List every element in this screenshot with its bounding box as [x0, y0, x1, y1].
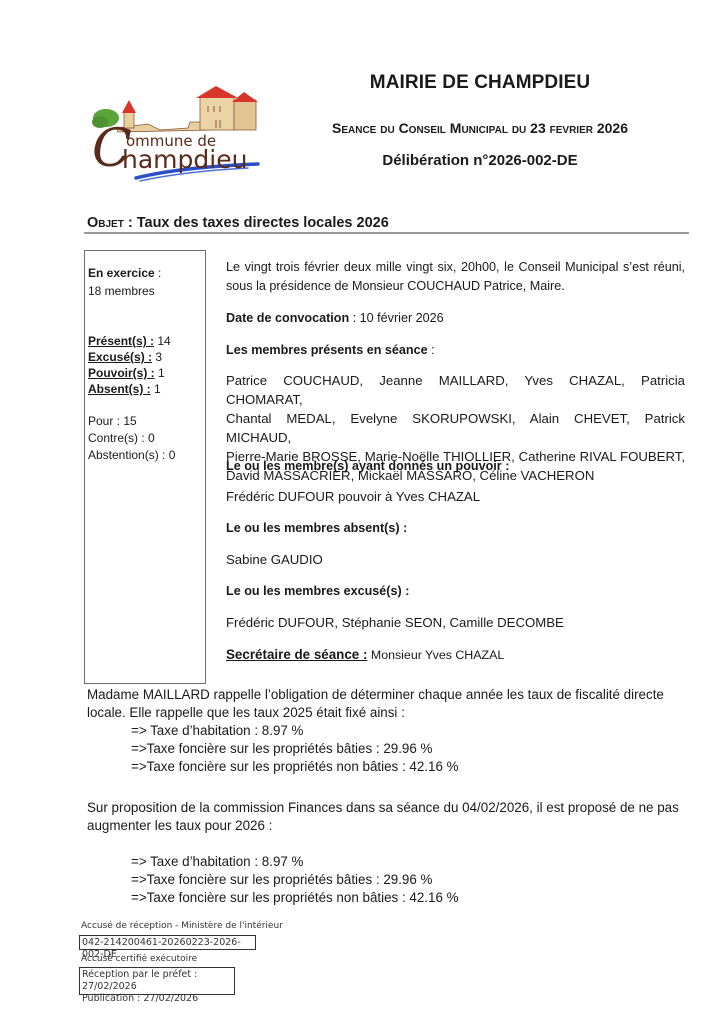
excuses-label: Excusé(s) :	[88, 350, 152, 364]
absents-heading: Le ou les membres absent(s) :	[226, 519, 685, 538]
presents-value: 14	[154, 334, 171, 348]
presents-line: Chantal MEDAL, Evelyne SKORUPOWSKI, Alai…	[226, 409, 685, 447]
pouvoir-value: Frédéric DUFOUR pouvoir à Yves CHAZAL	[226, 487, 685, 506]
village-skyline-icon: C ommune de hampdieu	[88, 78, 268, 186]
accuse-reception-id: 042-214200461-20260223-2026-002-DE	[79, 935, 256, 950]
absents-value: 1	[151, 382, 161, 396]
rate-2026-habitation: => Taxe d’habitation : 8.97 %	[87, 853, 687, 871]
presents-heading-sep: :	[428, 343, 435, 357]
secretaire-label: Secrétaire de séance :	[226, 647, 367, 662]
svg-text:hampdieu: hampdieu	[122, 145, 247, 174]
presents-heading: Les membres présents en séance	[226, 343, 428, 357]
objet-label: Objet :	[87, 215, 133, 231]
pouvoirs-value: 1	[155, 366, 165, 380]
commune-logo: C ommune de hampdieu	[88, 78, 268, 186]
en-exercice-row: En exercice :	[88, 265, 161, 282]
secretaire-value: Monsieur Yves CHAZAL	[367, 648, 504, 662]
publication-date: Publication : 27/02/2026	[82, 993, 232, 1005]
en-exercice-label: En exercice	[88, 266, 155, 280]
presents-heading-row: Les membres présents en séance :	[226, 341, 685, 360]
excuses-row: Excusé(s) : 3	[88, 349, 162, 366]
secretaire-row: Secrétaire de séance : Monsieur Yves CHA…	[226, 645, 685, 665]
rappel-paragraph: Madame MAILLARD rappelle l’obligation de…	[87, 686, 687, 776]
seance-intro: Le vingt trois février deux mille vingt …	[226, 258, 685, 296]
rappel-line-2: locale. Elle rappelle que les taux 2025 …	[87, 704, 687, 722]
en-exercice-sep: :	[155, 266, 162, 280]
pouvoirs-row: Pouvoir(s) : 1	[88, 365, 165, 382]
pouvoirs-label: Pouvoir(s) :	[88, 366, 155, 380]
rate-2025-foncier-bati: =>Taxe foncière sur les propriétés bâtie…	[87, 740, 687, 758]
presents-line: Patrice COUCHAUD, Jeanne MAILLARD, Yves …	[226, 371, 685, 409]
pouvoir-heading: Le ou les membre(s) ayant donnés un pouv…	[226, 457, 685, 476]
header-divider	[84, 232, 689, 234]
objet-line: Objet : Taux des taxes directes locales …	[87, 215, 389, 231]
en-exercice-value: 18 membres	[88, 283, 155, 300]
convocation-value: : 10 février 2026	[349, 311, 444, 325]
proposition-line-1: Sur proposition de la commission Finance…	[87, 799, 687, 817]
presents-label: Présent(s) :	[88, 334, 154, 348]
absents-label: Absent(s) :	[88, 382, 151, 396]
vote-contre: Contre(s) : 0	[88, 430, 155, 447]
attendance-summary-box: En exercice : 18 membres Présent(s) : 14…	[84, 250, 206, 684]
rate-2025-foncier-non-bati: =>Taxe foncière sur les propriétés non b…	[87, 758, 687, 776]
reception-prefet: Réception par le préfet : 27/02/2026	[82, 969, 232, 993]
convocation-label: Date de convocation	[226, 311, 349, 325]
rate-2026-foncier-non-bati: =>Taxe foncière sur les propriétés non b…	[87, 889, 687, 907]
vote-abstention: Abstention(s) : 0	[88, 447, 175, 464]
presents-row: Présent(s) : 14	[88, 333, 171, 350]
document-title: MAIRIE DE CHAMPDIEU	[280, 72, 680, 94]
proposition-line-2: augmenter les taux pour 2026 :	[87, 817, 687, 835]
excuses-value: Frédéric DUFOUR, Stéphanie SEON, Camille…	[226, 613, 685, 632]
proposition-paragraph: Sur proposition de la commission Finance…	[87, 799, 687, 907]
excuses-heading: Le ou les membres excusé(s) :	[226, 582, 685, 601]
accuse-reception-label: Accusé de réception - Ministère de l'int…	[81, 921, 283, 931]
seance-heading: Seance du Conseil Municipal du 23 fevrie…	[280, 120, 680, 136]
absents-row: Absent(s) : 1	[88, 381, 161, 398]
deliberation-number: Délibération n°2026-002-DE	[280, 152, 680, 169]
excuses-value: 3	[152, 350, 162, 364]
reception-publication-box: Réception par le préfet : 27/02/2026 Pub…	[79, 967, 235, 995]
rate-2026-foncier-bati: =>Taxe foncière sur les propriétés bâtie…	[87, 871, 687, 889]
rate-2025-habitation: => Taxe d’habitation : 8.97 %	[87, 722, 687, 740]
vote-pour: Pour : 15	[88, 413, 137, 430]
absents-value: Sabine GAUDIO	[226, 550, 685, 569]
certifie-executoire-label: Accusé certifié exécutoire	[81, 954, 197, 964]
objet-text: Taux des taxes directes locales 2026	[137, 215, 389, 231]
convocation-row: Date de convocation : 10 février 2026	[226, 309, 685, 328]
intro-paragraph: Le vingt trois février deux mille vingt …	[226, 258, 685, 296]
rappel-line-1: Madame MAILLARD rappelle l’obligation de…	[87, 686, 687, 704]
